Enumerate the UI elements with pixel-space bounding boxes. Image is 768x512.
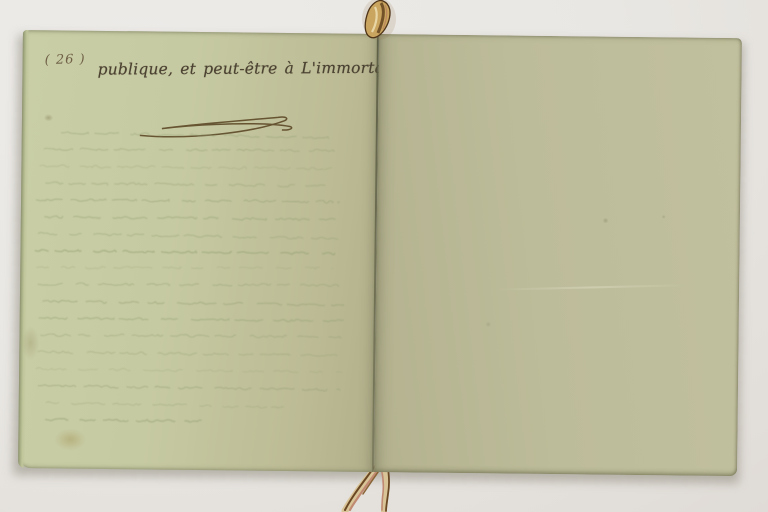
binding-ribbon-top <box>350 0 416 44</box>
ink-bleedthrough <box>30 126 372 448</box>
manuscript-photo-scene: ( 26 ) publique, et peut-être à L'immort… <box>0 0 768 512</box>
page-number: ( 26 ) <box>44 52 85 68</box>
left-page: ( 26 ) publique, et peut-être à L'immort… <box>18 30 378 472</box>
paper-stain <box>54 428 86 450</box>
open-manuscript-book: ( 26 ) publique, et peut-être à L'immort… <box>18 30 742 476</box>
right-page <box>374 34 742 476</box>
manuscript-headline: publique, et peut-être à L'immortalité. <box>98 59 408 79</box>
paper-stain <box>44 114 53 121</box>
